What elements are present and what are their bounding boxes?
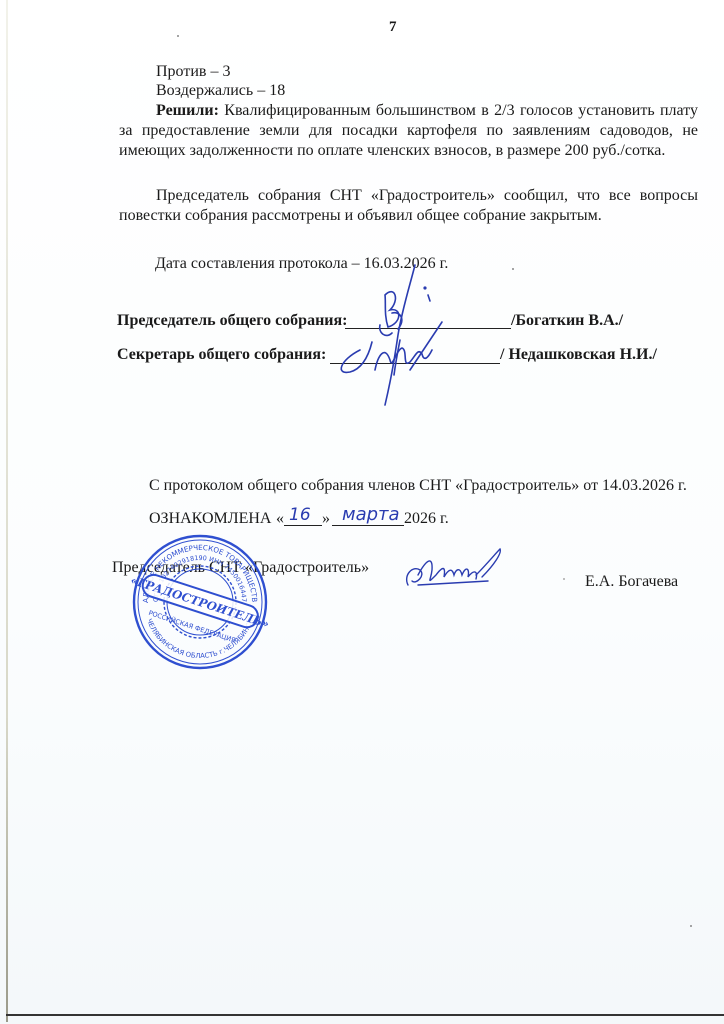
handwritten-day: 16: [289, 505, 311, 525]
signer-name: Е.А. Богачева: [585, 572, 678, 591]
signer-signature-icon: [398, 545, 508, 595]
secretary-label: Секретарь общего собрания:: [117, 345, 326, 364]
handwritten-month: марта: [342, 504, 400, 525]
secretary-signature-icon: [330, 320, 470, 400]
closing-line-2: повестки собрания рассмотрены и объявил …: [119, 206, 698, 226]
document-page: 7 Против – 3 Воздержались – 18 Решили: К…: [0, 0, 724, 1024]
year: 2026 г.: [404, 509, 449, 528]
close-quote: »: [322, 509, 330, 528]
closing-paragraph: Председатель собрания СНТ «Градостроител…: [119, 186, 698, 226]
decision-paragraph: Решили: Квалифицированным большинством в…: [119, 101, 698, 161]
day-underline: [284, 525, 322, 526]
vote-against: Против – 3: [156, 62, 230, 81]
scan-edge-bottom: [6, 1014, 724, 1016]
chairman-name: /Богаткин В.А./: [511, 311, 623, 330]
decision-line-2: за предоставление земли для посадки карт…: [119, 121, 698, 141]
scan-speck: [690, 925, 692, 927]
open-quote: «: [276, 509, 284, 528]
decision-line-3: имеющих задолженности по оплате членских…: [119, 141, 698, 161]
page-number: 7: [389, 18, 397, 37]
scan-speck: [512, 268, 514, 270]
closing-line-1: Председатель собрания СНТ «Градостроител…: [119, 186, 698, 206]
organization-stamp-icon: САДОВОЕ НЕКОММЕРЧЕСКОЕ ТОВАРИЩЕСТВО ОГРН…: [130, 532, 270, 672]
decision-line-1: Квалифицированным большинством в 2/3 гол…: [224, 102, 698, 119]
acknowledgement-text: С протоколом общего собрания членов СНТ …: [149, 476, 687, 495]
scan-speck: [563, 578, 565, 580]
scan-edge-left: [6, 0, 8, 1022]
secretary-name: / Недашковская Н.И./: [500, 345, 657, 364]
scan-speck: [177, 35, 179, 37]
chairman-label: Председатель общего собрания:: [117, 311, 348, 330]
month-underline: [332, 525, 404, 526]
decision-label: Решили:: [156, 102, 219, 119]
acknowledged-label: ОЗНАКОМЛЕНА: [149, 509, 271, 528]
vote-abstained: Воздержались – 18: [156, 81, 285, 100]
